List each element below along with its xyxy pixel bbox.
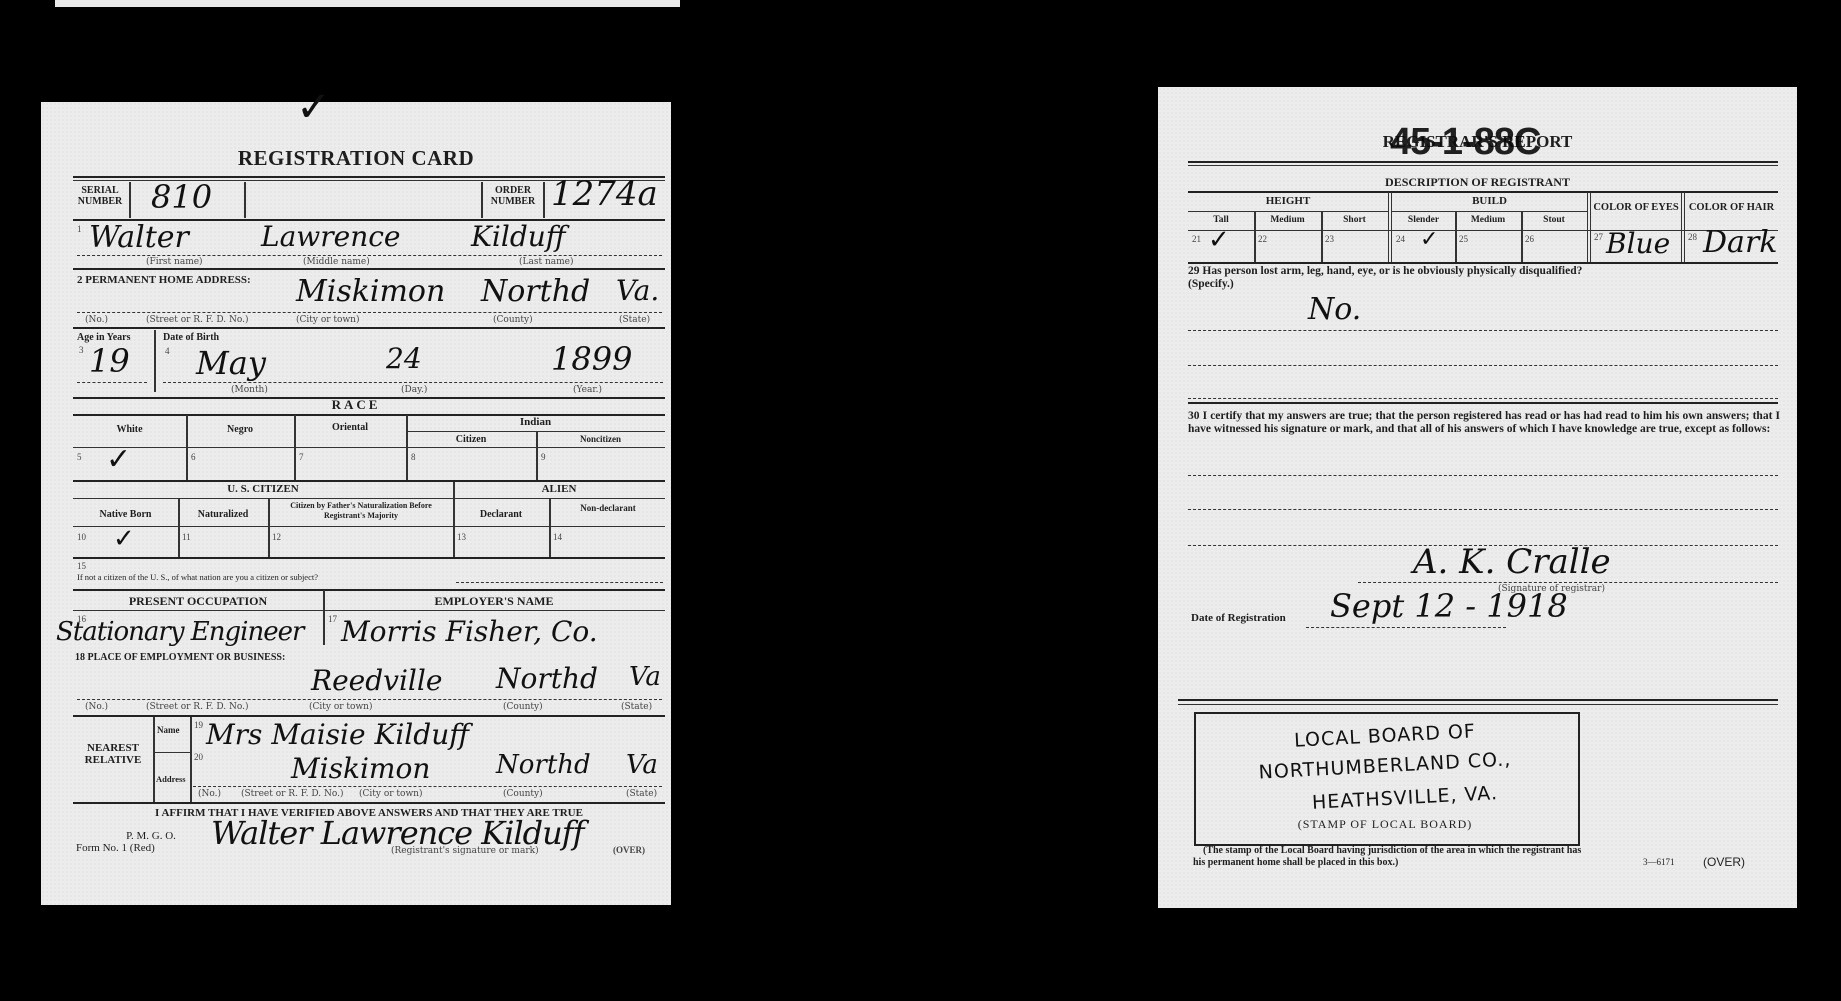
- hair-color-value: Dark: [1703, 225, 1777, 260]
- over-label: (OVER): [1703, 855, 1745, 869]
- dob-day-value: 24: [386, 342, 422, 375]
- form-code: 3—6171: [1643, 857, 1675, 867]
- q30-text: 30 I certify that my answers are true; t…: [1188, 410, 1780, 436]
- employer-header: EMPLOYER'S NAME: [323, 594, 665, 609]
- employment-state-value: Va: [629, 662, 661, 692]
- race-white-check: ✓: [106, 442, 131, 477]
- age-value: 19: [89, 342, 130, 380]
- relative-name-value: Mrs Maisie Kilduff: [206, 718, 469, 751]
- home-city-value: Miskimon: [296, 274, 445, 309]
- employment-city-value: Reedville: [311, 664, 442, 697]
- eye-color-value: Blue: [1606, 227, 1670, 260]
- relative-city-value: Miskimon: [291, 752, 430, 785]
- dob-year-value: 1899: [551, 340, 632, 378]
- relative-county-value: Northd: [496, 750, 591, 780]
- serial-number-label: SERIAL NUMBER: [71, 185, 129, 207]
- order-number-label: ORDER NUMBER: [484, 185, 542, 207]
- slender-check: ✓: [1420, 227, 1438, 252]
- adjacent-card-edge: [55, 0, 680, 7]
- employment-county-value: Northd: [496, 662, 598, 695]
- nearest-relative-label: NEAREST RELATIVE: [73, 742, 153, 766]
- stamp-note: (The stamp of the Local Board having jur…: [1193, 845, 1593, 869]
- over-label: (OVER): [613, 845, 645, 855]
- us-citizen-header: U. S. CITIZEN: [73, 483, 453, 495]
- order-number-value: 1274a: [551, 174, 658, 214]
- indian-header: Indian: [406, 416, 665, 428]
- employer-value: Morris Fisher, Co.: [341, 615, 598, 648]
- relative-state-value: Va: [626, 750, 658, 780]
- build-header: BUILD: [1392, 195, 1587, 207]
- stamp-caption: (STAMP OF LOCAL BOARD): [1194, 817, 1576, 832]
- stamped-number: 45-1-88C: [1390, 121, 1540, 164]
- native-born-check: ✓: [113, 524, 135, 554]
- date-of-registration-value: Sept 12 - 1918: [1330, 587, 1568, 625]
- alien-header: ALIEN: [453, 483, 665, 495]
- last-name-value: Kilduff: [471, 220, 566, 253]
- q29-answer: No.: [1308, 292, 1361, 327]
- hair-color-header: COLOR OF HAIR: [1685, 202, 1778, 213]
- occupation-value: Stationary Engineer: [56, 617, 303, 647]
- form-id-line1: P. M. G. O.: [101, 830, 201, 842]
- registrars-report-card: REGISTRAR'S REPORT 45-1-88C DESCRIPTION …: [1158, 87, 1797, 908]
- middle-name-value: Lawrence: [261, 220, 401, 253]
- home-address-label: 2 PERMANENT HOME ADDRESS:: [77, 274, 251, 286]
- card-title: REGISTRATION CARD: [41, 146, 671, 171]
- home-county-value: Northd: [481, 274, 590, 309]
- q29-text: 29 Has person lost arm, leg, hand, eye, …: [1188, 265, 1788, 291]
- registrar-signature: A. K. Cralle: [1413, 542, 1611, 582]
- date-of-registration-label: Date of Registration: [1191, 612, 1286, 624]
- registration-card-front: ✓ REGISTRATION CARD SERIAL NUMBER 810 OR…: [41, 102, 671, 905]
- form-id-line2: Form No. 1 (Red): [76, 842, 155, 854]
- place-of-employment-label: 18 PLACE OF EMPLOYMENT OR BUSINESS:: [75, 652, 285, 663]
- serial-number-value: 810: [151, 178, 212, 216]
- first-name-value: Walter: [89, 220, 189, 255]
- check-mark-icon: ✓: [296, 82, 331, 131]
- q15-text: If not a citizen of the U. S., of what n…: [77, 572, 318, 582]
- dob-month-value: May: [196, 344, 266, 382]
- tall-check: ✓: [1208, 225, 1230, 255]
- dob-label: Date of Birth: [163, 332, 219, 343]
- occupation-header: PRESENT OCCUPATION: [73, 594, 323, 609]
- description-header: DESCRIPTION OF REGISTRANT: [1158, 175, 1797, 190]
- height-header: HEIGHT: [1188, 195, 1388, 207]
- eye-color-header: COLOR OF EYES: [1591, 202, 1681, 213]
- race-header: RACE: [41, 397, 671, 413]
- home-state-value: Va.: [616, 274, 659, 307]
